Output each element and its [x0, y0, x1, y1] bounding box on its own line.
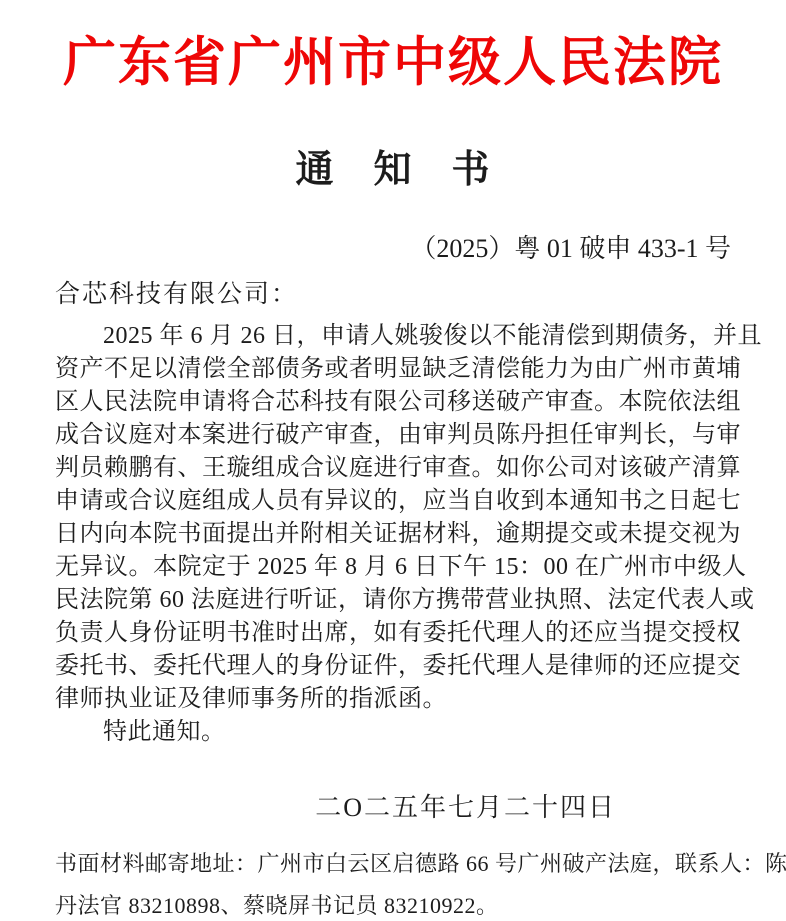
body-line: 判员赖鹏有、王璇组成合议庭进行审查。如你公司对该破产清算: [55, 452, 731, 485]
body-line: 2025 年 6 月 26 日，申请人姚骏俊以不能清偿到期债务，并且: [55, 320, 731, 353]
body-line: 律师执业证及律师事务所的指派函。: [55, 683, 731, 716]
recipient-line: 合芯科技有限公司：: [55, 280, 731, 310]
body-line: 成合议庭对本案进行破产审查，由审判员陈丹担任审判长，与审: [55, 419, 731, 452]
footer-contact-note: 书面材料邮寄地址：广州市白云区启德路 66 号广州破产法庭，联系人：陈丹法官 8…: [55, 843, 731, 921]
body-line: 区人民法院申请将合芯科技有限公司移送破产审查。本院依法组: [55, 386, 731, 419]
court-notice-document: 广东省广州市中级人民法院 通 知 书 （2025）粤 01 破申 433-1 号…: [0, 0, 786, 921]
body-line: 资产不足以清偿全部债务或者明显缺乏清偿能力为由广州市黄埔: [55, 353, 731, 386]
body-line: 无异议。本院定于 2025 年 8 月 6 日下午 15：00 在广州市中级人: [55, 551, 731, 584]
closing-line: 特此通知。: [55, 716, 731, 749]
footer-line: 书面材料邮寄地址：广州市白云区启德路 66 号广州破产法庭，联系人：陈: [55, 843, 731, 885]
body-line: 民法院第 60 法庭进行听证，请你方携带营业执照、法定代表人或: [55, 584, 731, 617]
body-line: 申请或合议庭组成人员有异议的，应当自收到本通知书之日起七: [55, 485, 731, 518]
document-case-number: （2025）粤 01 破申 433-1 号: [55, 232, 731, 266]
court-name-heading: 广东省广州市中级人民法院: [55, 30, 731, 96]
date-line: 二O二五年七月二十四日: [55, 791, 731, 825]
body-line: 日内向本院书面提出并附相关证据材料，逾期提交或未提交视为: [55, 518, 731, 551]
body-line: 委托书、委托代理人的身份证件，委托代理人是律师的还应提交: [55, 650, 731, 683]
document-title: 通 知 书: [55, 148, 731, 192]
body-line: 负责人身份证明书准时出席，如有委托代理人的还应当提交授权: [55, 617, 731, 650]
footer-line: 丹法官 83210898、蔡晓屏书记员 83210922。: [55, 885, 731, 921]
body-paragraph: 2025 年 6 月 26 日，申请人姚骏俊以不能清偿到期债务，并且资产不足以清…: [55, 320, 731, 716]
